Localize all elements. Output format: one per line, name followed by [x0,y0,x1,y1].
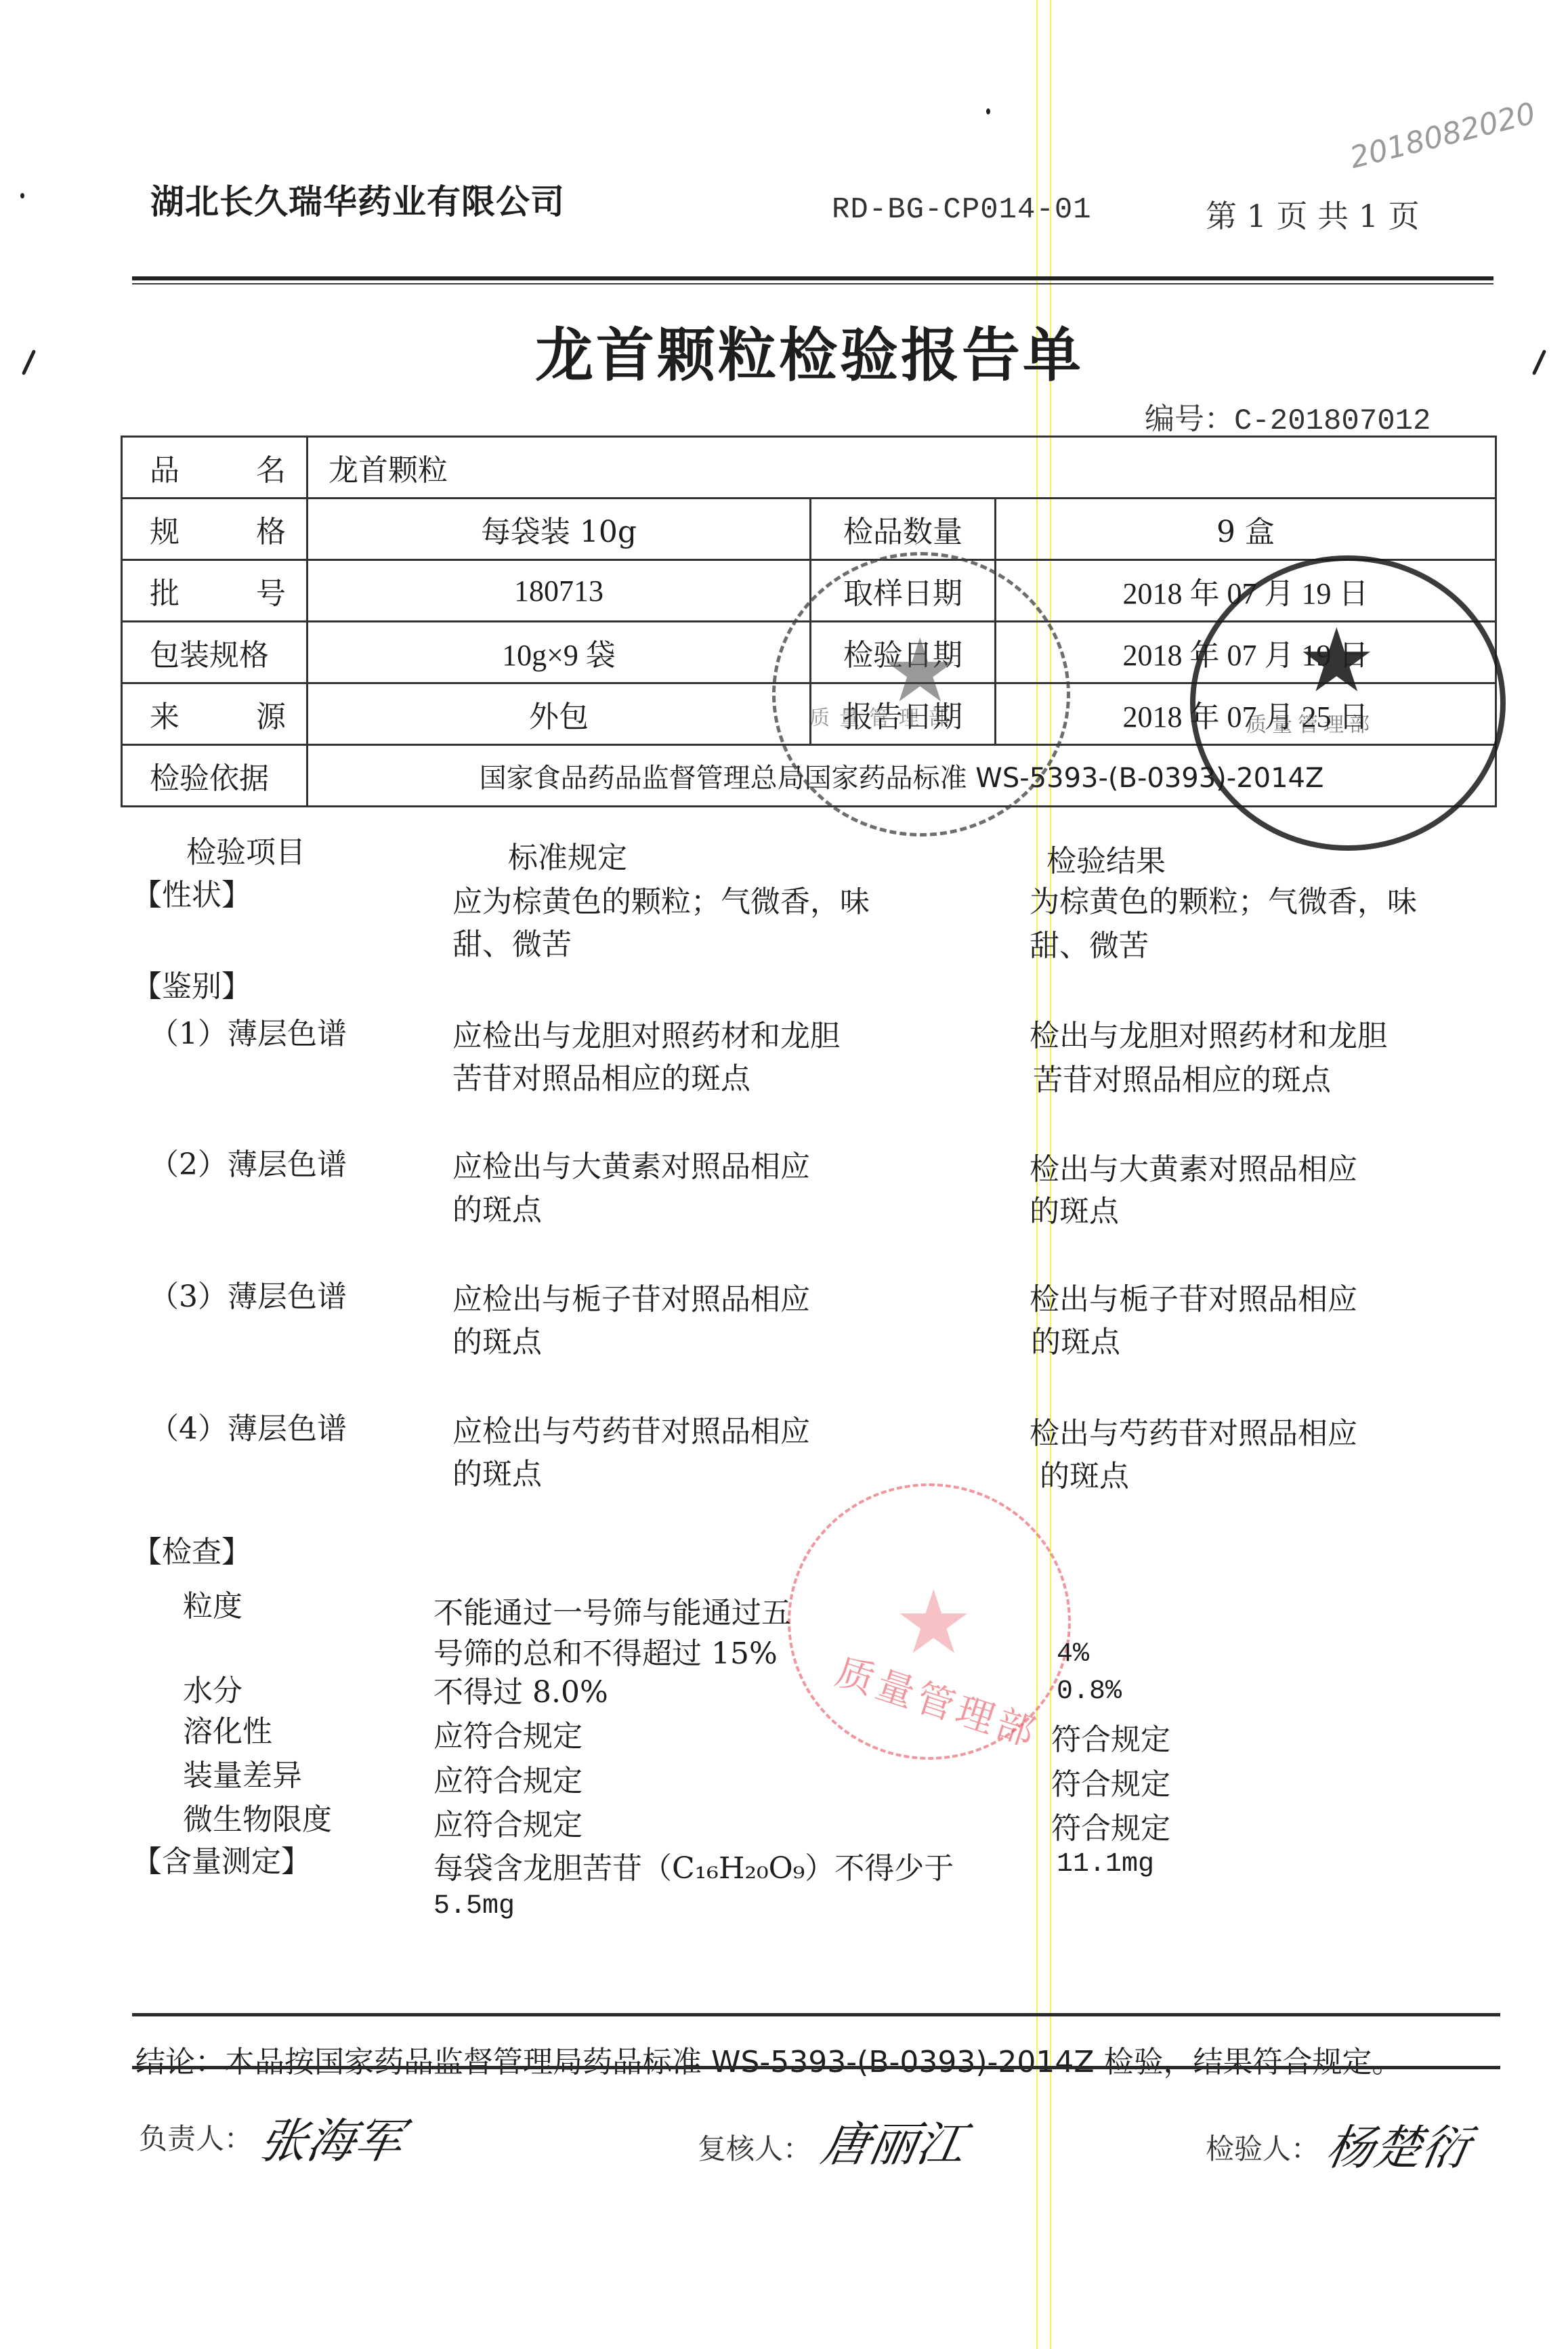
value-source: 外包 [308,683,811,745]
conclusion-rule-top [132,2013,1500,2016]
check-fill-variation-label: 装量差异 [183,1751,302,1794]
company-name: 湖北长久瑞华药业有限公司 [150,175,565,224]
identification-2-standard-line2: 的斑点 [452,1185,542,1229]
identification-3-standard-line1: 应检出与栀子苷对照品相应 [452,1275,810,1318]
identification-4-label: （4）薄层色谱 [149,1404,347,1447]
responsible-signature: 张海军 [255,2103,409,2172]
column-header-standard: 标准规定 [508,833,627,876]
identification-4-result-line1: 检出与芍药苷对照品相应 [1030,1409,1357,1452]
reviewer-signature: 唐丽江 [817,2107,971,2175]
check-fill-variation-standard: 应符合规定 [433,1756,582,1800]
value-packaging: 10g×9 袋 [308,622,811,683]
inspector-signature: 杨楚衍 [1321,2110,1476,2178]
column-header-item: 检验项目 [186,828,305,871]
value-batch: 180713 [308,560,811,622]
identification-1-result-line2: 苦苷对照品相应的斑点 [1033,1055,1331,1099]
identification-2-result-line1: 检出与大黄素对照品相应 [1030,1145,1357,1188]
check-moisture-result: 0.8% [1057,1676,1122,1707]
header-rule [132,276,1493,280]
value-quantity: 9 盒 [996,499,1496,560]
identification-3-standard-line2: 的斑点 [452,1317,542,1361]
identification-1-standard-line2: 苦苷对照品相应的斑点 [452,1054,750,1097]
appearance-result-line1: 为棕黄色的颗粒；气微香，味 [1030,877,1417,920]
handwritten-archive-number: 2018082020 [1347,96,1539,175]
conclusion-text: 结论：本品按国家药品监督管理局药品标准 WS-5393-(B-0393)-201… [135,2037,1402,2081]
identification-3-result-line1: 检出与栀子苷对照品相应 [1030,1275,1357,1318]
check-moisture-label: 水分 [183,1666,242,1710]
identification-1-result-line1: 检出与龙胆对照药材和龙胆 [1030,1011,1387,1055]
header-rule-thin [132,283,1493,284]
value-basis: 国家食品药品监督管理总局国家药品标准 WS-5393-(B-0393)-2014… [308,745,1496,807]
conclusion-rule-bottom [132,2066,1500,2069]
identification-3-label: （3）薄层色谱 [149,1272,347,1315]
section-checks: 【检查】 [132,1527,251,1571]
value-spec: 每袋装 10g [308,499,811,560]
product-info-table: 品名 龙首颗粒 规格 每袋装 10g 检品数量 9 盒 批号 180713 取样… [121,436,1497,807]
check-granularity-standard-line2: 号筛的总和不得超过 15% [433,1629,778,1672]
identification-2-result-line2: 的斑点 [1030,1187,1119,1230]
scan-speck [22,350,36,375]
scan-speck [20,193,24,198]
label-packaging: 包装规格 [122,622,308,683]
label-sampling-date: 取样日期 [811,560,996,622]
check-microbial-label: 微生物限度 [183,1795,332,1838]
reviewer-label: 复核人： [698,2127,811,2167]
scan-speck [986,108,990,114]
label-source: 来源 [122,683,308,745]
label-spec: 规格 [122,499,308,560]
check-solubility-result: 符合规定 [1051,1715,1170,1758]
row-spec: 规格 每袋装 10g 检品数量 9 盒 [122,499,1496,560]
report-title: 龙首颗粒检验报告单 [535,308,1084,392]
value-sampling-date: 2018 年 07 月 19 日 [996,560,1496,622]
section-appearance: 【性状】 [132,870,251,914]
identification-1-standard-line1: 应检出与龙胆对照药材和龙胆 [452,1011,840,1055]
identification-4-standard-line2: 的斑点 [452,1449,542,1493]
check-granularity-standard-line1: 不能通过一号筛与能通过五 [433,1588,791,1632]
section-assay: 【含量测定】 [132,1837,311,1880]
company-seal-text: 质量管理部 [1246,708,1375,738]
identification-3-result-line2: 的斑点 [1031,1317,1120,1361]
section-identification: 【鉴别】 [132,962,251,1005]
check-fill-variation-result: 符合规定 [1051,1760,1170,1803]
page-indicator: 第 1 页 共 1 页 [1206,192,1420,236]
document-code: RD-BG-CP014-01 [832,193,1092,227]
row-packaging: 包装规格 10g×9 袋 检验日期 2018 年 07 月 19 日 [122,622,1496,683]
row-batch: 批号 180713 取样日期 2018 年 07 月 19 日 [122,560,1496,622]
inspector-label: 检验人： [1206,2127,1319,2167]
star-icon: ★ [894,1578,973,1666]
identification-1-label: （1）薄层色谱 [149,1009,347,1053]
assay-standard-line2: 5.5mg [433,1891,515,1922]
identification-4-result-line2: 的斑点 [1040,1452,1129,1495]
check-solubility-standard: 应符合规定 [433,1712,582,1755]
value-product-name: 龙首颗粒 [308,437,1496,499]
responsible-label: 负责人： [139,2117,253,2157]
value-report-date: 2018 年 07 月 25 日 [996,683,1496,745]
row-basis: 检验依据 国家食品药品监督管理总局国家药品标准 WS-5393-(B-0393)… [122,745,1496,807]
value-inspection-date: 2018 年 07 月 19 日 [996,622,1496,683]
label-product-name: 品名 [122,437,308,499]
identification-2-standard-line1: 应检出与大黄素对照品相应 [452,1142,810,1185]
assay-standard-line1: 每袋含龙胆苦苷（C₁₆H₂₀O₉）不得少于 [433,1844,954,1887]
label-batch: 批号 [122,560,308,622]
report-number: 编号：C-201807012 [1145,394,1431,438]
appearance-result-line2: 甜、微苦 [1030,921,1149,965]
gray-seal-text: 质量管理部 [809,701,958,731]
label-basis: 检验依据 [122,745,308,807]
identification-2-label: （2）薄层色谱 [149,1140,347,1183]
assay-result: 11.1mg [1057,1849,1154,1880]
label-quantity: 检品数量 [811,499,996,560]
identification-4-standard-line1: 应检出与芍药苷对照品相应 [452,1407,810,1450]
check-granularity-label: 粒度 [183,1582,242,1625]
check-moisture-standard: 不得过 8.0% [433,1668,608,1711]
star-icon: ★ [1297,616,1376,704]
row-product-name: 品名 龙首颗粒 [122,437,1496,499]
appearance-standard-line2: 甜、微苦 [452,920,572,963]
check-granularity-result: 4% [1057,1639,1089,1670]
appearance-standard-line1: 应为棕黄色的颗粒；气微香，味 [452,877,870,920]
column-header-result: 检验结果 [1046,837,1166,880]
scan-speck [1532,350,1546,375]
check-solubility-label: 溶化性 [183,1707,272,1750]
check-microbial-result: 符合规定 [1051,1804,1170,1847]
check-microbial-standard: 应符合规定 [433,1800,582,1844]
